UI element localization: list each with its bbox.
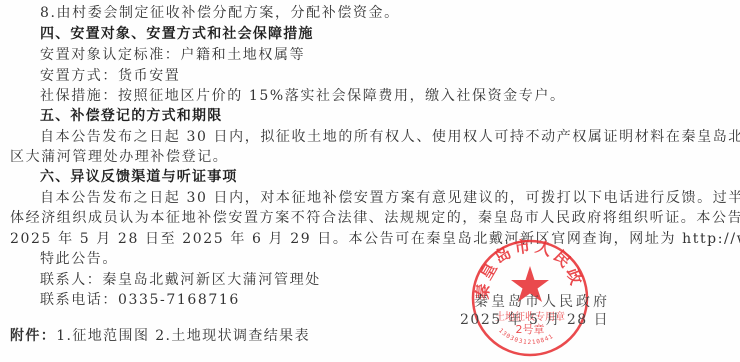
registration-text-line-1: 自本公告发布之日起 30 日内，拟征收土地的所有权人、使用权人可持不动产权属证明…: [40, 127, 740, 147]
attachments-label: 附件：: [10, 328, 56, 344]
issuer-signature: 秦皇岛市人民政府: [474, 292, 610, 312]
objection-text-line-1: 自本公告发布之日起 30 日内，对本征地补偿安置方案有意见建议的，可拨打以下电话…: [40, 188, 740, 208]
section-6-heading: 六、异议反馈渠道与听证事项: [40, 167, 238, 187]
resettlement-criteria-text: 安置对象认定标准：户籍和土地权属等: [40, 45, 305, 65]
objection-text-line-2: 体经济组织成员认为本征地补偿安置方案不符合法律、法规规定的，秦皇岛市人民政府将组…: [10, 208, 740, 228]
item-8-text: 8.由村委会制定征收补偿分配方案，分配补偿资金。: [40, 3, 400, 23]
registration-text-line-2: 区大蒲河管理处办理补偿登记。: [10, 147, 228, 167]
attachments: 附件：1.征地范围图 2.土地现状调查结果表: [10, 326, 310, 346]
announcement-text: 特此公告。: [40, 249, 118, 269]
social-security-text: 社保措施：按照征地区片价的 15%落实社会保障费用，缴入社保资金专户。: [40, 86, 566, 106]
section-4-heading: 四、安置对象、安置方式和社会保障措施: [40, 24, 314, 44]
resettlement-method-text: 安置方式：货币安置: [40, 66, 180, 86]
attachments-list: 1.征地范围图 2.土地现状调查结果表: [56, 328, 310, 344]
objection-text-line-3: 2025 年 5 月 28 日至 2025 年 6 月 29 日。本公告可在秦皇…: [10, 229, 740, 249]
issue-date: 2025 年 5 月 28 日: [460, 310, 609, 330]
contact-person-text: 联系人：秦皇岛北戴河新区大蒲河管理处: [40, 270, 321, 290]
contact-phone-text: 联系电话：0335-7168716: [40, 290, 240, 310]
section-5-heading: 五、补偿登记的方式和期限: [40, 106, 222, 126]
